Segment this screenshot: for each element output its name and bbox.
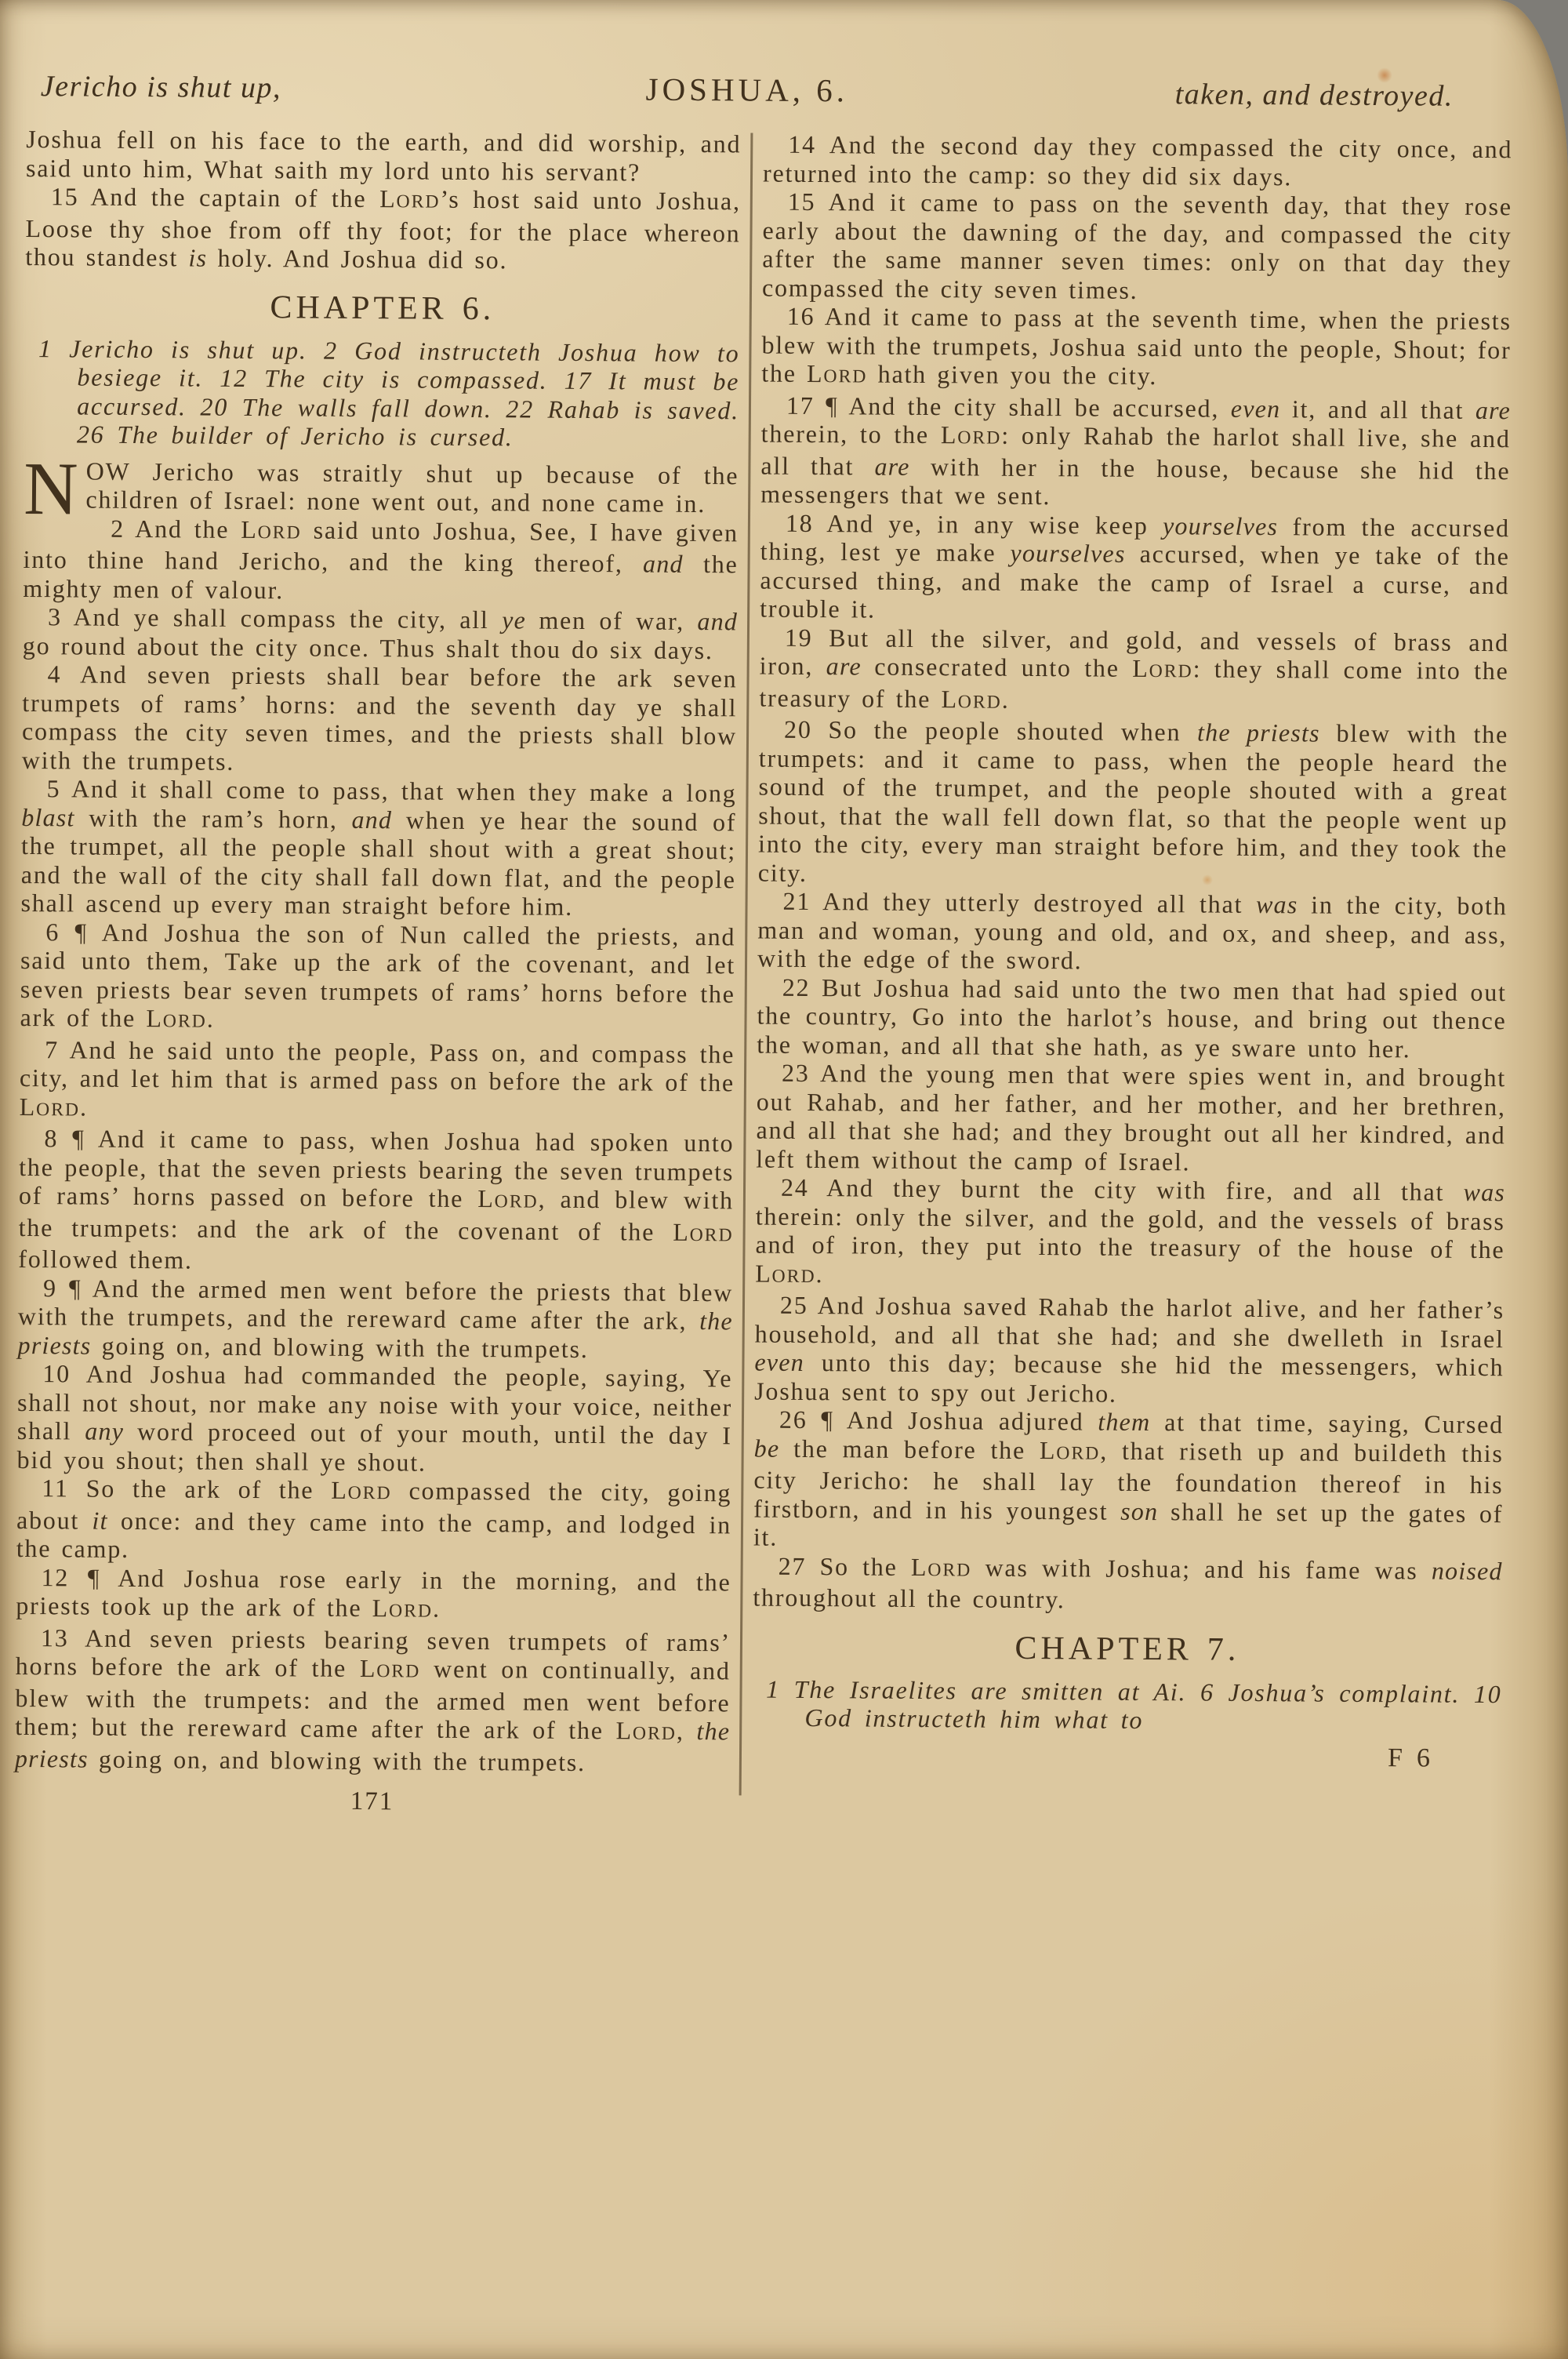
running-head-right: taken, and destroyed. (848, 75, 1529, 114)
lord-smallcaps: LORD (1132, 654, 1193, 683)
lord-smallcaps: LORD (755, 1259, 816, 1288)
running-head: Jericho is shut up, JOSHUA, 6. taken, an… (27, 66, 1529, 114)
verse-paragraph: 11 So the ark of the LORD compassed the … (16, 1474, 732, 1568)
supplied-word-italic: it (92, 1506, 107, 1534)
supplied-word-italic: be (754, 1434, 780, 1462)
verse-paragraph: 17 ¶ And the city shall be accursed, eve… (760, 391, 1511, 514)
supplied-word-italic: was (1463, 1178, 1505, 1206)
lord-smallcaps: LORD (477, 1184, 539, 1213)
verse-paragraph: 8 ¶ And it came to pass, when Joshua had… (18, 1124, 734, 1278)
verse-paragraph: 22 But Joshua had said unto the two men … (757, 972, 1507, 1063)
lord-smallcaps: LORD (807, 359, 868, 388)
lord-smallcaps: LORD (941, 420, 1002, 449)
verse-paragraph: 26 ¶ And Joshua adjured them at that tim… (753, 1405, 1504, 1557)
verse-paragraph: 15 And it came to pass on the seventh da… (762, 187, 1512, 307)
supplied-word-italic: any (85, 1417, 124, 1445)
lord-smallcaps: LORD (379, 184, 441, 213)
verse-paragraph: 20 So the people shouted when the priest… (758, 715, 1509, 892)
supplied-word-italic: are (826, 652, 862, 680)
text-column-right: 14 And the second day they compassed the… (751, 130, 1512, 1824)
supplied-word-italic: yourselves (1010, 539, 1125, 568)
page-number: 171 (14, 1785, 729, 1819)
supplied-word-italic: was (1256, 890, 1298, 918)
verse-paragraph: 13 And seven priests bearing seven trump… (15, 1623, 731, 1778)
supplied-word-italic: and (643, 550, 684, 578)
verse-paragraph: 24 And they burnt the city with fire, an… (755, 1173, 1505, 1296)
verse-paragraph: 25 And Joshua saved Rahab the harlot ali… (754, 1291, 1504, 1411)
verse-paragraph: 5 And it shall come to pass, that when t… (20, 774, 736, 922)
supplied-word-italic: the priests (17, 1307, 732, 1359)
drop-cap-initial: N (24, 456, 86, 517)
lord-smallcaps: LORD (20, 1092, 81, 1121)
supplied-word-italic: son (1120, 1496, 1158, 1525)
verse-paragraph: 3 And ye shall compass the city, all ye … (23, 602, 738, 664)
lord-smallcaps: LORD (673, 1218, 734, 1247)
chapter-heading: CHAPTER 6. (25, 286, 740, 329)
supplied-word-italic: noised (1432, 1556, 1503, 1585)
lord-smallcaps: LORD (615, 1717, 677, 1746)
supplied-word-italic: blast (21, 803, 74, 831)
verse-paragraph: 14 And the second day they compassed the… (763, 130, 1512, 193)
verse-paragraph: 4 And seven priests shall bear before th… (22, 660, 738, 779)
column-divider (739, 133, 753, 1795)
verse-paragraph: 21 And they utterly destroyed all that w… (757, 887, 1508, 978)
verse-paragraph: 18 And ye, in any wise keep yourselves f… (760, 508, 1510, 628)
supplied-word-italic: the priests (1197, 718, 1320, 747)
continuation-paragraph: Joshua fell on his face to the earth, an… (26, 125, 741, 187)
verse-paragraph: 9 ¶ And the armed men went before the pr… (17, 1274, 733, 1365)
verse-paragraph: 7 And he said unto the people, Pass on, … (20, 1035, 735, 1129)
supplied-word-italic: even (754, 1348, 804, 1376)
verse-paragraph: 15 And the captain of the LORD’s host sa… (25, 182, 741, 276)
supplied-word-italic: ye (502, 606, 526, 634)
chapter-summary: 1 Jericho is shut up. 2 God instructeth … (24, 334, 740, 453)
book-page: Jericho is shut up, JOSHUA, 6. taken, an… (0, 0, 1568, 2359)
chapter-heading: CHAPTER 7. (753, 1627, 1502, 1670)
page-heading: JOSHUA, 6. (645, 71, 848, 110)
lord-smallcaps: LORD (1040, 1436, 1101, 1465)
running-head-left: Jericho is shut up, (27, 69, 646, 108)
lord-smallcaps: LORD (911, 1552, 972, 1581)
verse-paragraph: 10 And Joshua had commanded the people, … (16, 1359, 732, 1478)
lord-smallcaps: LORD (331, 1476, 392, 1505)
drop-cap-following-caps: OW (86, 456, 131, 485)
supplied-word-italic: yourselves (1163, 511, 1278, 540)
verse-paragraph: 19 But all the silver, and gold, and ves… (759, 623, 1509, 720)
verse-paragraph: 16 And it came to pass at the seventh ti… (761, 302, 1512, 396)
lord-smallcaps: LORD (360, 1654, 421, 1683)
chapter-opening-paragraph: NOW Jericho was straitly shut up because… (24, 456, 739, 518)
supplied-word-italic: and (697, 607, 738, 635)
text-column-left: Joshua fell on his face to the earth, an… (14, 125, 741, 1819)
verse-paragraph: 6 ¶ And Joshua the son of Nun called the… (20, 918, 735, 1040)
supplied-word-italic: even (1231, 394, 1281, 422)
supplied-word-italic: are (874, 452, 909, 480)
supplied-word-italic: them (1098, 1408, 1150, 1436)
chapter-summary: 1 The Israelites are smitten at Ai. 6 Jo… (752, 1674, 1501, 1737)
lord-smallcaps: LORD (241, 515, 302, 544)
supplied-word-italic: are (1475, 395, 1511, 423)
lord-smallcaps: LORD (146, 1004, 207, 1033)
text-columns: Joshua fell on his face to the earth, an… (14, 125, 1528, 1824)
verse-paragraph: 27 So the LORD was with Joshua; and his … (753, 1551, 1503, 1617)
supplied-word-italic: and (351, 805, 392, 834)
verse-paragraph: 23 And the young men that were spies wen… (756, 1059, 1506, 1179)
lord-smallcaps: LORD (941, 685, 1002, 714)
verse-paragraph: 12 ¶ And Joshua rose early in the mornin… (16, 1563, 731, 1628)
verse-paragraph: 2 And the LORD said unto Joshua, See, I … (23, 514, 739, 608)
page-content: Jericho is shut up, JOSHUA, 6. taken, an… (14, 66, 1529, 1824)
supplied-word-italic: is (188, 243, 207, 271)
printer-signature: F 6 (752, 1739, 1501, 1773)
lord-smallcaps: LORD (372, 1594, 434, 1623)
